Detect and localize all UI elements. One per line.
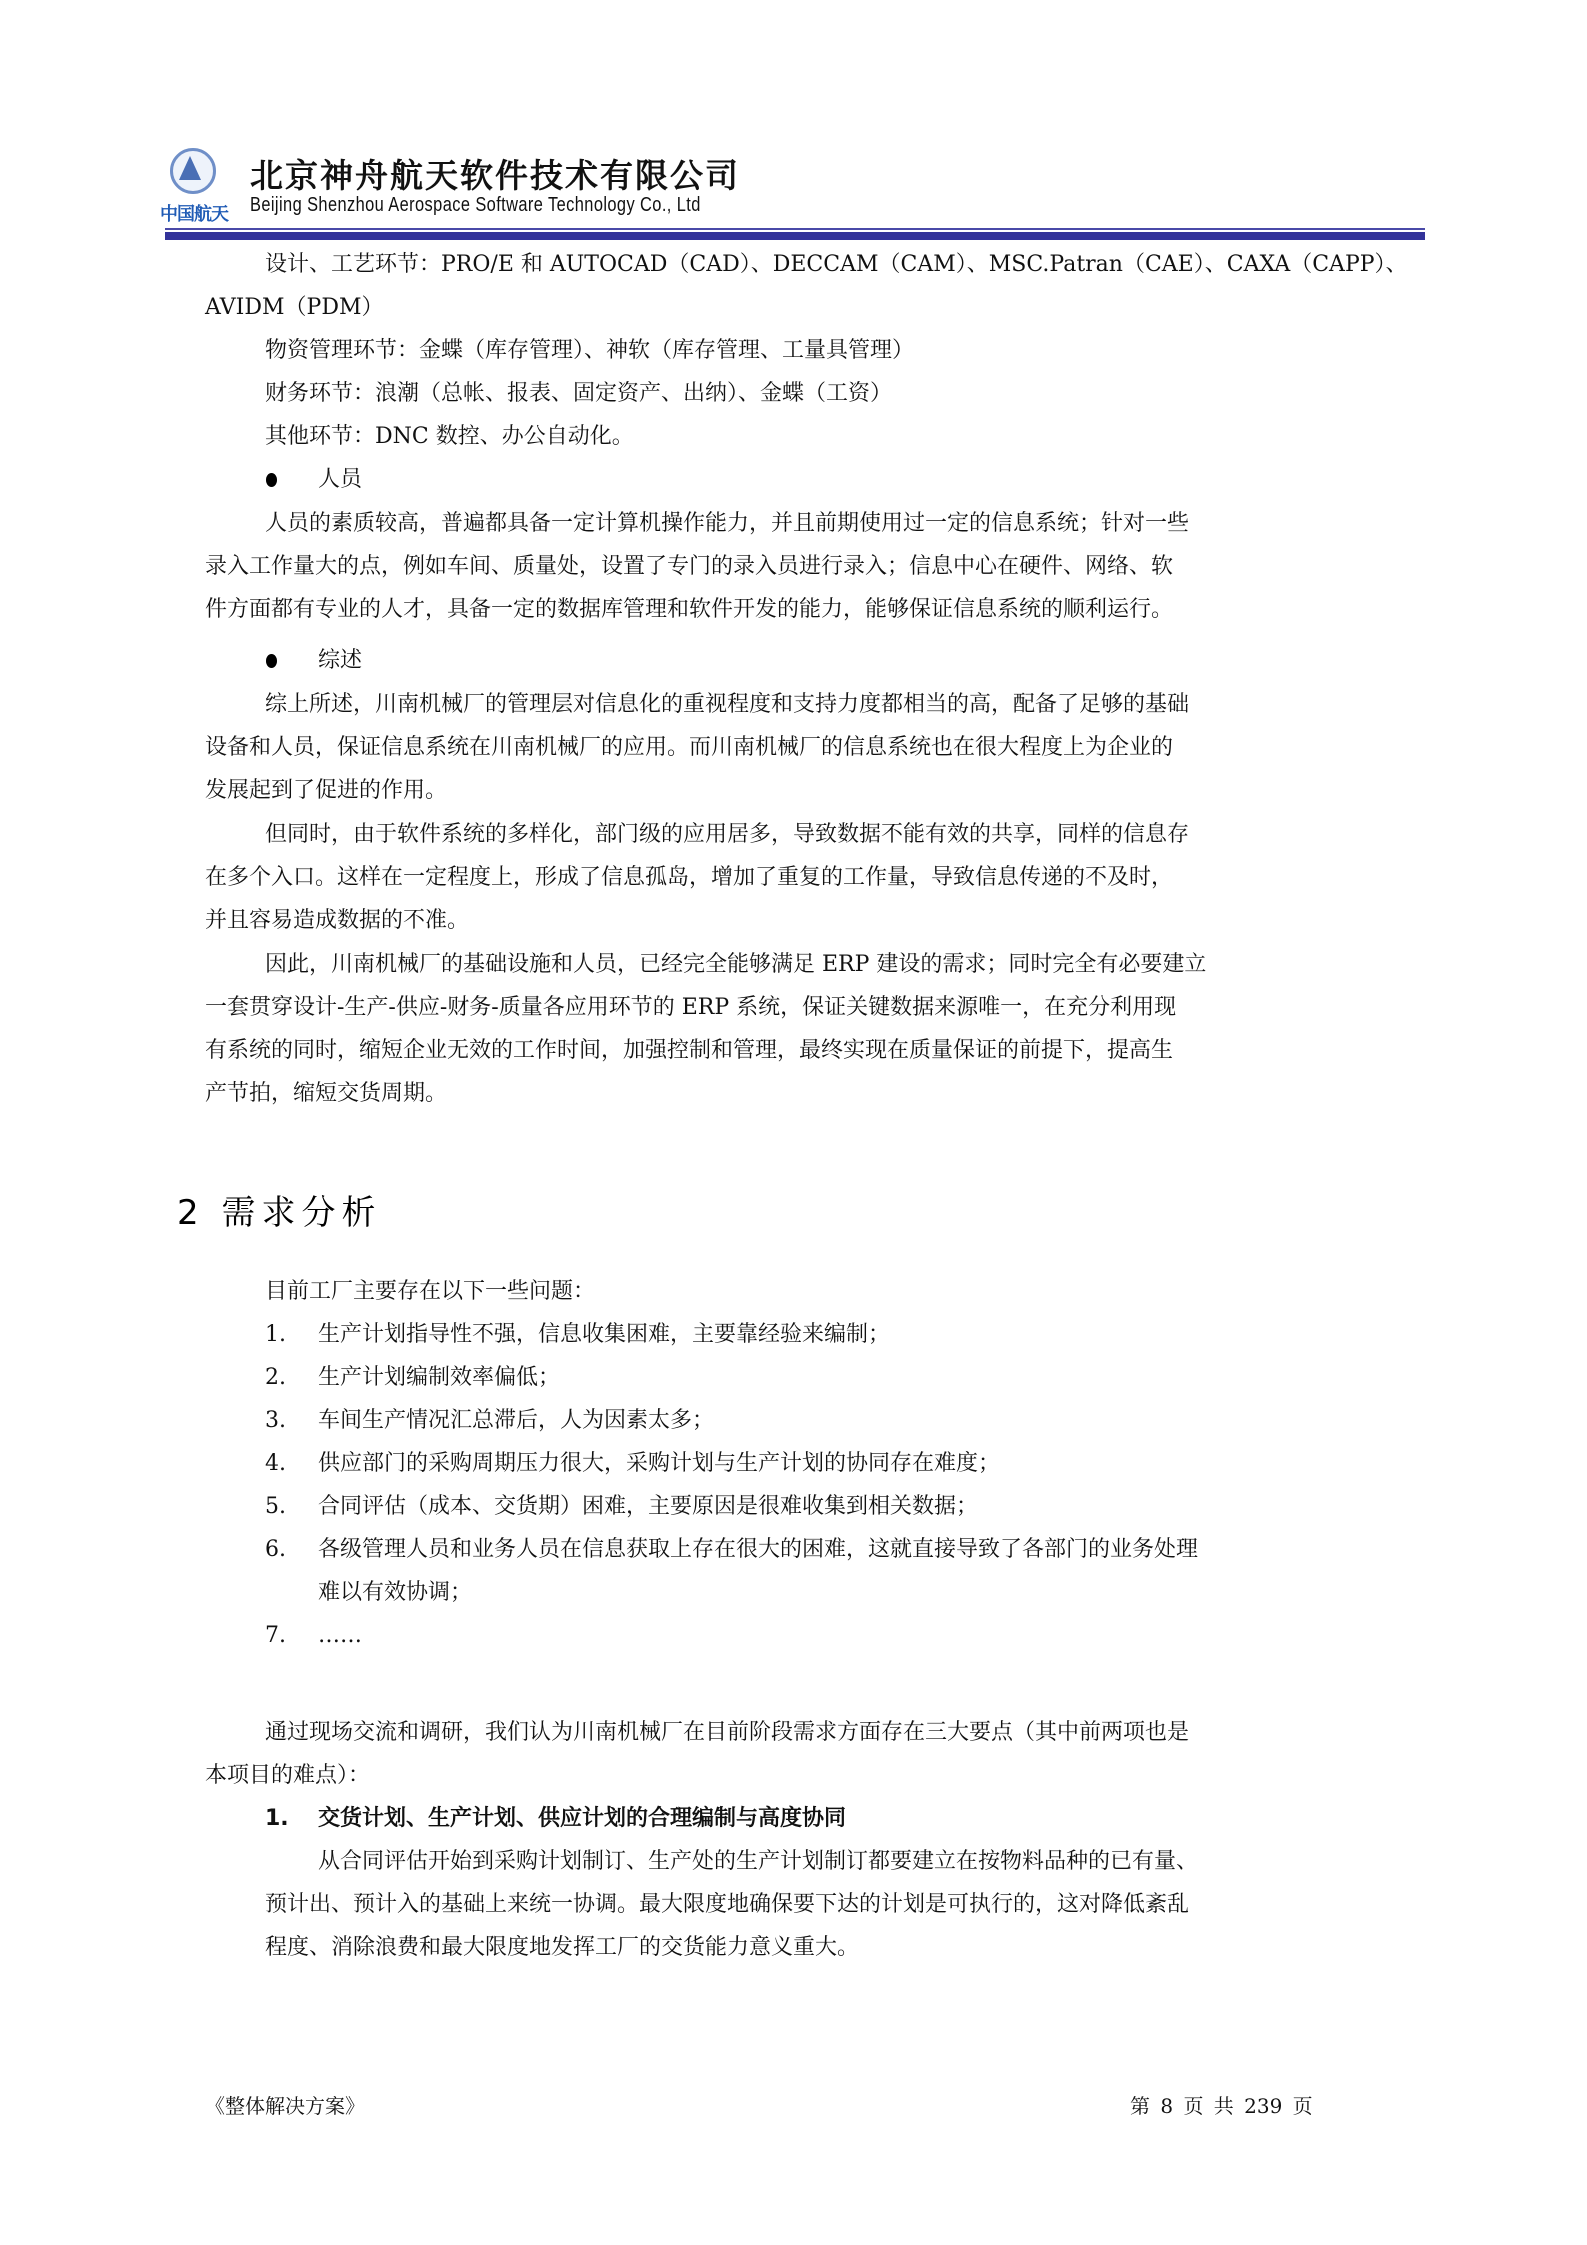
list-item: 车间生产情况汇总滞后，人为因素太多； <box>318 1406 714 1436</box>
list-item-continuation: 难以有效协调； <box>318 1578 472 1608</box>
header-rule-thin <box>165 228 1425 230</box>
logo-text: 中国航天 <box>160 200 228 226</box>
paragraph-line: 人员的素质较高，普遍都具备一定计算机操作能力，并且前期使用过一定的信息系统；针对… <box>265 509 1189 539</box>
paragraph-line: 综上所述，川南机械厂的管理层对信息化的重视程度和支持力度都相当的高，配备了足够的… <box>265 690 1189 720</box>
company-logo: 中国航天 <box>160 148 240 228</box>
paragraph-line: 一套贯穿设计-生产-供应-财务-质量各应用环节的 ERP 系统，保证关键数据来源… <box>205 993 1176 1023</box>
paragraph-line: 本项目的难点）： <box>205 1761 370 1791</box>
paragraph-line: 目前工厂主要存在以下一些问题： <box>265 1277 595 1307</box>
list-number: 5. <box>265 1492 286 1522</box>
paragraph-line: 从合同评估开始到采购计划制订、生产处的生产计划制订都要建立在按物料品种的已有量、 <box>318 1847 1198 1877</box>
bullet-heading-summary: 综述 <box>318 646 362 676</box>
footer-page-info: 第 8 页 共 239 页 <box>1130 2090 1313 2119</box>
paragraph-line: 发展起到了促进的作用。 <box>205 776 447 806</box>
list-item: 各级管理人员和业务人员在信息获取上存在很大的困难，这就直接导致了各部门的业务处理 <box>318 1535 1198 1565</box>
list-number: 3. <box>265 1406 286 1436</box>
section-heading: 2 需求分析 <box>177 1185 381 1234</box>
header-rule-thick <box>165 232 1425 240</box>
paragraph-line: 其他环节：DNC 数控、办公自动化。 <box>265 422 634 452</box>
list-number: 7. <box>265 1621 286 1651</box>
list-number: 1. <box>265 1804 289 1834</box>
subheading: 交货计划、生产计划、供应计划的合理编制与高度协同 <box>318 1804 846 1834</box>
list-number: 1. <box>265 1320 286 1350</box>
paragraph-line: 财务环节：浪潮（总帐、报表、固定资产、出纳）、金蝶（工资） <box>265 379 892 409</box>
paragraph-line: 程度、消除浪费和最大限度地发挥工厂的交货能力意义重大。 <box>265 1933 859 1963</box>
list-number: 6. <box>265 1535 286 1565</box>
paragraph-line: 件方面都有专业的人才，具备一定的数据库管理和软件开发的能力，能够保证信息系统的顺… <box>205 595 1173 625</box>
paragraph-line: 设计、工艺环节：PRO/E 和 AUTOCAD（CAD）、DECCAM（CAM）… <box>265 250 1408 280</box>
logo-rocket-icon <box>179 156 201 180</box>
paragraph-line: 在多个入口。这样在一定程度上，形成了信息孤岛，增加了重复的工作量，导致信息传递的… <box>205 863 1173 893</box>
bullet-icon <box>266 473 277 487</box>
paragraph-line: 预计出、预计入的基础上来统一协调。最大限度地确保要下达的计划是可执行的，这对降低… <box>265 1890 1189 1920</box>
list-item: 生产计划指导性不强，信息收集困难，主要靠经验来编制； <box>318 1320 890 1350</box>
paragraph-line: 有系统的同时，缩短企业无效的工作时间，加强控制和管理，最终实现在质量保证的前提下… <box>205 1036 1173 1066</box>
paragraph-line: 设备和人员，保证信息系统在川南机械厂的应用。而川南机械厂的信息系统也在很大程度上… <box>205 733 1173 763</box>
paragraph-line: 并且容易造成数据的不准。 <box>205 906 469 936</box>
footer-doc-title: 《整体解决方案》 <box>205 2090 365 2119</box>
paragraph-line: 因此，川南机械厂的基础设施和人员，已经完全能够满足 ERP 建设的需求；同时完全… <box>265 950 1206 980</box>
paragraph-line: 产节拍，缩短交货周期。 <box>205 1079 447 1109</box>
bullet-icon <box>266 654 277 668</box>
paragraph-line: 通过现场交流和调研，我们认为川南机械厂在目前阶段需求方面存在三大要点（其中前两项… <box>265 1718 1189 1748</box>
list-number: 4. <box>265 1449 286 1479</box>
list-item: 供应部门的采购周期压力很大，采购计划与生产计划的协同存在难度； <box>318 1449 1000 1479</box>
company-name-en: Beijing Shenzhou Aerospace Software Tech… <box>250 194 701 217</box>
paragraph-line: 但同时，由于软件系统的多样化，部门级的应用居多，导致数据不能有效的共享，同样的信… <box>265 820 1189 850</box>
company-name-cn: 北京神舟航天软件技术有限公司 <box>250 150 740 197</box>
paragraph-line: AVIDM（PDM） <box>205 293 384 323</box>
list-item: …… <box>318 1621 362 1651</box>
bullet-heading-personnel: 人员 <box>318 465 362 495</box>
list-item: 生产计划编制效率偏低； <box>318 1363 560 1393</box>
paragraph-line: 录入工作量大的点，例如车间、质量处，设置了专门的录入员进行录入；信息中心在硬件、… <box>205 552 1173 582</box>
list-item: 合同评估（成本、交货期）困难，主要原因是很难收集到相关数据； <box>318 1492 978 1522</box>
paragraph-line: 物资管理环节：金蝶（库存管理）、神软（库存管理、工量具管理） <box>265 336 914 366</box>
list-number: 2. <box>265 1363 286 1393</box>
